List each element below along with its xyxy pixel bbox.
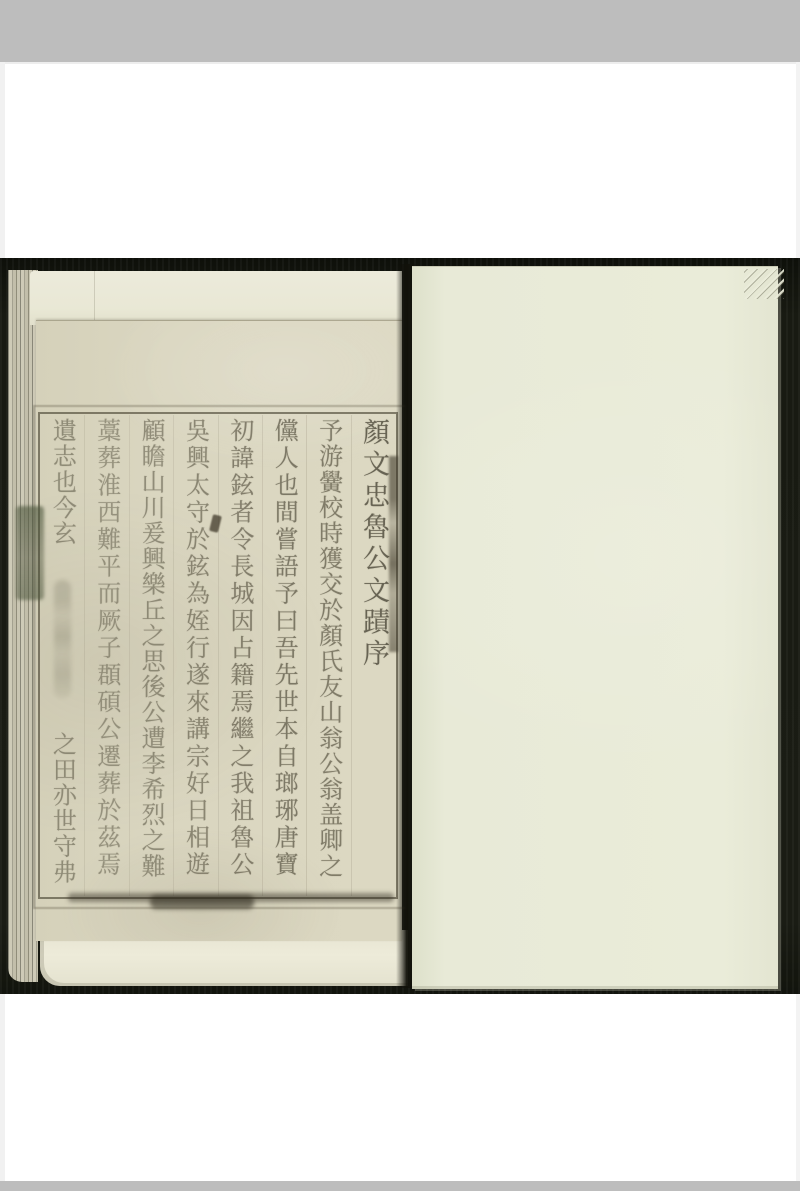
text-column-6: 顧瞻山川爰興樂丘之思後公遭李希烈之難 — [130, 415, 174, 896]
column-8-top-text: 遺志也今玄 — [48, 418, 76, 546]
text-column-7: 藁葬淮西難平而厥子頵碩公遷葬於茲焉遵 — [85, 415, 129, 896]
seal-stain — [16, 506, 44, 600]
top-matte-strip — [0, 0, 800, 62]
digitized-book-scan: 顏文忠魯公文蹟序 予游黌校時獲交於顏氏友山翁公翁盖卿之倜 儻人也間嘗語予曰吾先世… — [0, 0, 800, 1191]
right-page-corner-edges — [744, 269, 784, 299]
text-column-4: 初諱鉉者令長城因占籍焉繼之我祖魯公為 — [219, 415, 263, 896]
text-column-3: 儻人也間嘗語予曰吾先世本自瑯琊唐寶應 — [263, 415, 307, 896]
under-page-top — [30, 271, 402, 325]
bottom-border-ink-blotch — [150, 895, 254, 909]
bottom-matte-strip — [0, 1181, 800, 1191]
illegible-ink-smudge — [54, 580, 71, 698]
text-frame: 顏文忠魯公文蹟序 予游黌校時獲交於顏氏友山翁公翁盖卿之倜 儻人也間嘗語予曰吾先世… — [38, 412, 398, 899]
text-column-2: 予游黌校時獲交於顏氏友山翁公翁盖卿之倜 — [307, 415, 351, 896]
text-column-5: 吳興太守於鉉為姪行遂來講宗好日相遊衍 — [174, 415, 218, 896]
text-column-8: 遺志也今玄 之田亦世守弗失 — [41, 415, 85, 896]
text-columns: 顏文忠魯公文蹟序 予游黌校時獲交於顏氏友山翁公翁盖卿之倜 儻人也間嘗語予曰吾先世… — [41, 415, 395, 896]
page-crease — [94, 271, 95, 325]
blank-right-page — [412, 266, 778, 989]
